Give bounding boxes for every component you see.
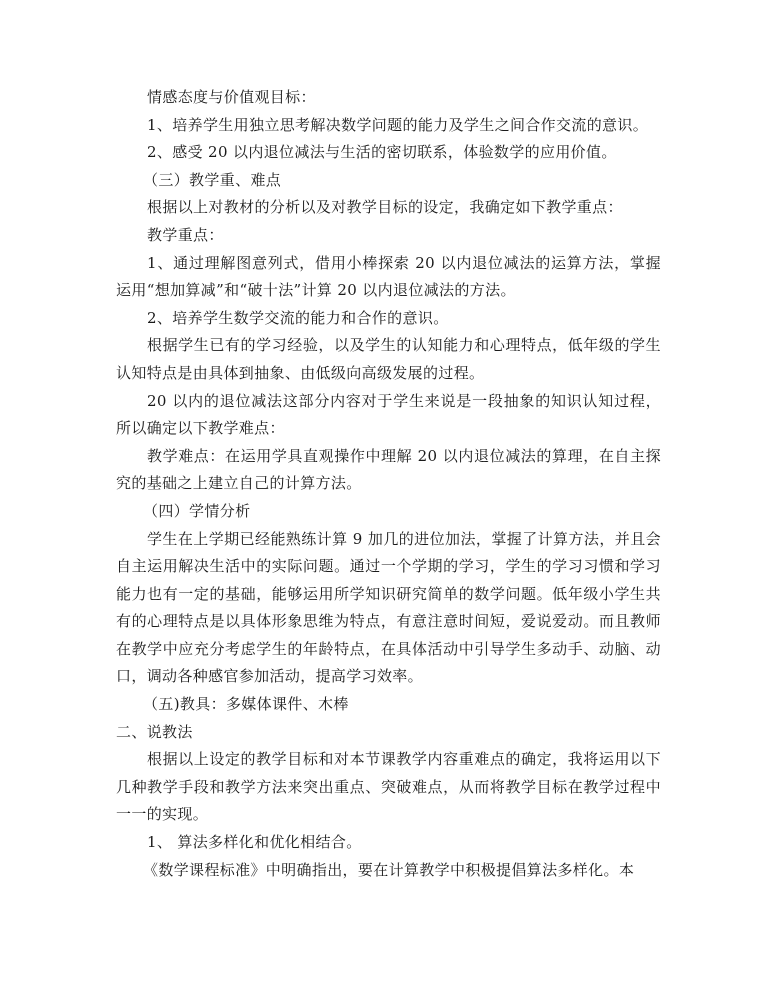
paragraph-student-analysis: 学生在上学期已经能熟练计算 9 加几的进位加法，掌握了计算方法，并且会自主运用解… (116, 526, 661, 692)
paragraph-key-point-1: 1、通过理解图意列式，借用小棒探索 20 以内退位减法的运算方法，掌握运用“想加… (116, 250, 661, 305)
document-page: 情感态度与价值观目标： 1、培养学生用独立思考解决数学问题的能力及学生之间合作交… (116, 84, 661, 884)
paragraph-goal-1: 1、培养学生用独立思考解决数学问题的能力及学生之间合作交流的意识。 (116, 112, 661, 140)
section-heading-student-analysis: （四）学情分析 (116, 498, 661, 526)
paragraph-key-points-intro: 根据以上对教材的分析以及对教学目标的设定，我确定如下教学重点： (116, 194, 661, 222)
paragraph-emotion-goals-heading: 情感态度与价值观目标： (116, 84, 661, 112)
section-heading-teaching-aids: （五)教具：多媒体课件、木棒 (116, 691, 661, 719)
paragraph-method-1-heading: 1、 算法多样化和优化相结合。 (116, 829, 661, 857)
paragraph-methods-intro: 根据以上设定的教学目标和对本节课教学内容重难点的确定，我将运用以下几种教学手段和… (116, 746, 661, 829)
paragraph-curriculum-standard: 《数学课程标准》中明确指出，要在计算教学中积极提倡算法多样化。本 (116, 857, 661, 885)
paragraph-key-points-label: 教学重点： (116, 222, 661, 250)
section-heading-key-points: （三）教学重、难点 (116, 167, 661, 195)
paragraph-key-point-2: 2、培养学生数学交流的能力和合作的意识。 (116, 305, 661, 333)
paragraph-difficulty: 教学难点：在运用学具直观操作中理解 20 以内退位减法的算理，在自主探究的基础之… (116, 443, 661, 498)
section-heading-teaching-methods: 二、说教法 (116, 719, 661, 747)
paragraph-difficulty-intro: 20 以内的退位减法这部分内容对于学生来说是一段抽象的知识认知过程，所以确定以下… (116, 388, 661, 443)
paragraph-goal-2: 2、感受 20 以内退位减法与生活的密切联系，体验数学的应用价值。 (116, 139, 661, 167)
paragraph-student-cognition: 根据学生已有的学习经验，以及学生的认知能力和心理特点，低年级的学生认知特点是由具… (116, 332, 661, 387)
